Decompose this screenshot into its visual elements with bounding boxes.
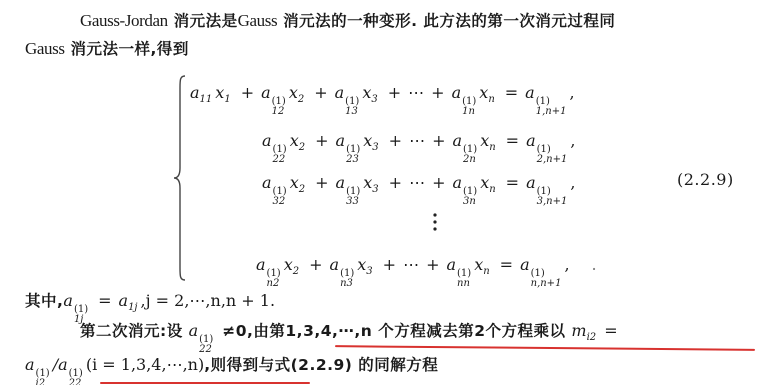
equals-sign: = xyxy=(505,83,518,102)
var: x xyxy=(474,255,483,274)
equation-row-2: a(1)22x2+a(1)23x3+⋯+a(1)2nxn=a(1)2,n+1, xyxy=(262,126,575,156)
plus-sign: + xyxy=(314,83,327,102)
paragraph-3-line-1: 第二次消元:设 a(1)22 ≠0,由第1,3,4,⋯,n 个方程减去第2个方程… xyxy=(80,320,618,355)
rhs-base: a xyxy=(526,173,536,192)
var: x xyxy=(480,131,489,150)
stray-dot: . xyxy=(592,255,597,274)
coef-supsub: (1)33 xyxy=(346,187,360,207)
coef-base: a xyxy=(58,355,68,374)
coef-base: a xyxy=(452,131,462,150)
plus-sign: + xyxy=(241,83,254,102)
text-cjk: 第二次消元:设 xyxy=(80,322,189,340)
left-brace-icon xyxy=(172,74,188,282)
sub: 3n xyxy=(463,197,477,207)
coef-supsub: (1)22 xyxy=(199,335,213,355)
coef-base: a xyxy=(261,83,271,102)
var-sub: 3 xyxy=(366,266,372,277)
plus-sign: + xyxy=(432,131,445,150)
rhs-supsub: (1)n,n+1 xyxy=(531,269,562,289)
plus-sign: + xyxy=(432,173,445,192)
ellipsis: ⋯ xyxy=(409,173,425,192)
coef-base: a xyxy=(262,131,272,150)
var: x xyxy=(290,131,299,150)
equation-row-3: a(1)32x2+a(1)33x3+⋯+a(1)3nxn=a(1)3,n+1, xyxy=(262,168,575,198)
plus-sign: + xyxy=(383,255,396,274)
plus-sign: + xyxy=(431,83,444,102)
sub: 13 xyxy=(345,107,359,117)
coef-base: a xyxy=(336,173,346,192)
sub: 23 xyxy=(346,155,360,165)
var-sub: 2 xyxy=(293,266,299,277)
sub: n,n+1 xyxy=(531,279,562,289)
document-page: Gauss-Jordan 消元法是Gauss 消元法的一种变形. 此方法的第一次… xyxy=(0,0,771,385)
index-range: ,j = 2,⋯,n,n + 1. xyxy=(141,291,276,310)
vertical-ellipsis-icon xyxy=(432,212,438,232)
text-cjk: 其中, xyxy=(25,292,63,310)
comma: , xyxy=(564,255,569,274)
var: x xyxy=(289,83,298,102)
var: x xyxy=(215,83,224,102)
sub: 3,n+1 xyxy=(537,197,568,207)
var-sub: n xyxy=(489,184,495,195)
var-sub: n xyxy=(488,94,494,105)
plus-sign: + xyxy=(426,255,439,274)
coef-supsub: (1)13 xyxy=(345,97,359,117)
plus-sign: + xyxy=(315,131,328,150)
rhs-supsub: (1)3,n+1 xyxy=(537,187,568,207)
sub: 32 xyxy=(273,197,287,207)
text-gauss: Gauss xyxy=(25,39,65,58)
var: x xyxy=(363,131,372,150)
coef-supsub: (1)32 xyxy=(273,187,287,207)
var: x xyxy=(290,173,299,192)
ellipsis: ⋯ xyxy=(408,83,424,102)
var-sub: 3 xyxy=(372,142,378,153)
var-sub: 3 xyxy=(372,184,378,195)
coef-sub: 11 xyxy=(200,94,213,105)
text-cjk: 消元法一样,得到 xyxy=(65,40,189,58)
rhs-base: a xyxy=(119,291,129,310)
coef-supsub: (1)2n xyxy=(463,145,477,165)
coef-base: a xyxy=(452,173,462,192)
sub: n2 xyxy=(267,279,281,289)
coef-base: a xyxy=(190,83,200,102)
index-range: (i = 1,3,4,⋯,n) xyxy=(86,355,204,374)
var-sub: 2 xyxy=(299,142,305,153)
var-sub: 2 xyxy=(298,94,304,105)
paragraph-1-line-2: Gauss 消元法一样,得到 xyxy=(25,38,189,60)
comma: , xyxy=(570,131,575,150)
paragraph-1-line-1: Gauss-Jordan 消元法是Gauss 消元法的一种变形. 此方法的第一次… xyxy=(80,10,615,32)
comma: , xyxy=(569,83,574,102)
sub: n3 xyxy=(340,279,354,289)
sub: 1,n+1 xyxy=(536,107,567,117)
paragraph-3-line-2: a(1)i2/a(1)22(i = 1,3,4,⋯,n),则得到与式(2.2.9… xyxy=(25,354,438,385)
sub: 1n xyxy=(462,107,476,117)
coef-supsub: (1)i2 xyxy=(36,369,50,385)
text-cjk: ≠0,由第 xyxy=(216,322,285,340)
equals-sign: = xyxy=(506,131,519,150)
coef-base: a xyxy=(330,255,340,274)
coef-base: a xyxy=(189,321,199,340)
var-sub: 3 xyxy=(371,94,377,105)
red-underline-annotation xyxy=(100,382,310,384)
coef-supsub: (1)22 xyxy=(273,145,287,165)
coef-supsub: (1)1n xyxy=(462,97,476,117)
rhs-supsub: (1)2,n+1 xyxy=(537,145,568,165)
coef-base: a xyxy=(25,355,35,374)
equation-row-n: a(1)n2x2+a(1)n3x3+⋯+a(1)nnxn=a(1)n,n+1,. xyxy=(256,250,597,280)
equals-sign: = xyxy=(500,255,513,274)
sub: nn xyxy=(457,279,471,289)
var: x xyxy=(357,255,366,274)
coef-base: a xyxy=(256,255,266,274)
equals-sign: = xyxy=(599,321,618,340)
plus-sign: + xyxy=(315,173,328,192)
text-cjk: ,则得到与式(2.2.9) 的同解方程 xyxy=(204,356,438,374)
var-sub: 1 xyxy=(224,94,230,105)
m-base: m xyxy=(571,321,586,340)
text-cjk: 消元法是 xyxy=(168,12,238,30)
var: x xyxy=(363,173,372,192)
plus-sign: + xyxy=(388,83,401,102)
var-sub: n xyxy=(483,266,489,277)
plus-sign: + xyxy=(389,173,402,192)
sub: 12 xyxy=(272,107,286,117)
equals-sign: = xyxy=(506,173,519,192)
coef-base: a xyxy=(262,173,272,192)
var-sub: 2 xyxy=(299,184,305,195)
sub: 22 xyxy=(273,155,287,165)
coef-supsub: (1)3n xyxy=(463,187,477,207)
var: x xyxy=(480,173,489,192)
coef-base: a xyxy=(336,131,346,150)
text-cjk: 消元法的一种变形. 此方法的第一次消元过程同 xyxy=(277,12,615,30)
coef-supsub: (1)12 xyxy=(272,97,286,117)
coef-supsub: (1)23 xyxy=(346,145,360,165)
coef-supsub: (1)22 xyxy=(69,369,83,385)
equation-row-1: a11x1+a(1)12x2+a(1)13x3+⋯+a(1)1nxn=a(1)1… xyxy=(190,78,575,108)
rhs-base: a xyxy=(526,131,536,150)
sub: 33 xyxy=(346,197,360,207)
var: x xyxy=(479,83,488,102)
var-sub: n xyxy=(489,142,495,153)
var: x xyxy=(284,255,293,274)
rhs-base: a xyxy=(525,83,535,102)
sub: i2 xyxy=(36,379,50,385)
plus-sign: + xyxy=(309,255,322,274)
m-sub: i2 xyxy=(587,332,597,343)
coef-supsub: (1)n3 xyxy=(340,269,354,289)
ellipsis: ⋯ xyxy=(409,131,425,150)
underlined-text: 1,3,4,⋯,n 个方程减去第2个方程乘以 xyxy=(285,322,571,340)
plus-sign: + xyxy=(389,131,402,150)
sub: 2n xyxy=(463,155,477,165)
coef-supsub: (1)n2 xyxy=(267,269,281,289)
rhs-sub: 1j xyxy=(128,302,137,313)
comma: , xyxy=(570,173,575,192)
rhs-supsub: (1)1,n+1 xyxy=(536,97,567,117)
coef-base: a xyxy=(452,83,462,102)
coef-base: a xyxy=(446,255,456,274)
sub: 2,n+1 xyxy=(537,155,568,165)
text-gauss-jordan: Gauss-Jordan xyxy=(80,11,168,30)
coef-base: a xyxy=(335,83,345,102)
rhs-base: a xyxy=(520,255,530,274)
sub: 22 xyxy=(69,379,83,385)
coef-supsub: (1)nn xyxy=(457,269,471,289)
ellipsis: ⋯ xyxy=(403,255,419,274)
text-gauss: Gauss xyxy=(238,11,278,30)
equals-sign: = xyxy=(98,291,111,310)
equation-number: (2.2.9) xyxy=(677,170,734,189)
coef-base: a xyxy=(63,291,73,310)
